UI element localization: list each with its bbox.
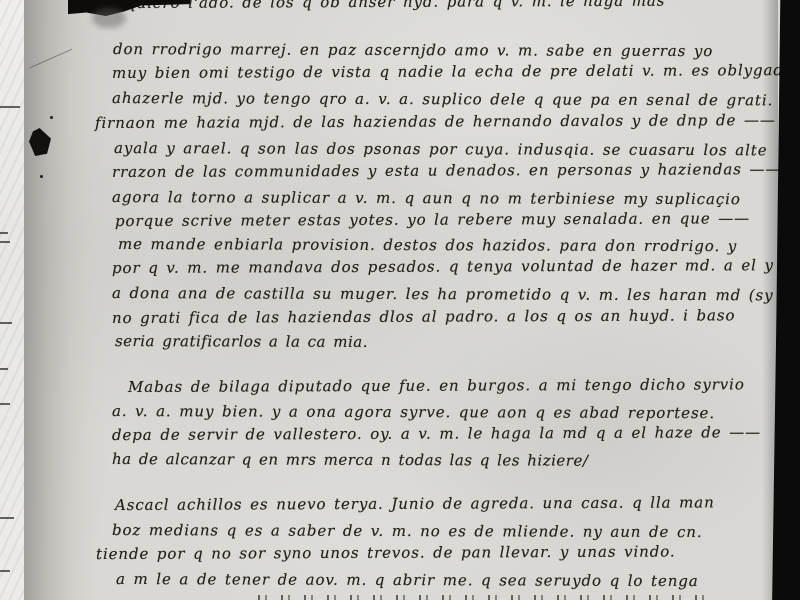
manuscript-line-17: ha de alcanzar q en mrs merca n todas la… (112, 449, 588, 471)
manuscript-line-20: tiende por q no sor syno unos trevos. de… (96, 541, 676, 564)
manuscript-line-16: depa de servir de vallestero. oy. a v. m… (112, 422, 761, 445)
manuscript-line-1: don rrodrigo marrej. en paz ascernjdo am… (113, 39, 713, 61)
margin-mark (0, 368, 8, 370)
margin-mark (0, 241, 10, 243)
manuscript-line-2: muy bien omi testigo de vista q nadie la… (112, 60, 784, 83)
manuscript-line-5: ayala y arael. q son las dos psonas por … (114, 138, 768, 160)
manuscript-line-3: ahazerle mjd. yo tengo qro a. v. a. supl… (112, 88, 773, 110)
manuscript-line-11: a dona ana de castilla su muger. les ha … (112, 283, 800, 305)
manuscript-scan: quiero l'ado. de los q ob anser nyd. par… (0, 0, 800, 600)
manuscript-line-19: boz medians q es a saber de v. m. no es … (112, 520, 703, 542)
margin-mark (0, 106, 20, 108)
margin-mark (0, 232, 8, 234)
ink-speck (50, 116, 53, 119)
manuscript-line-15: a. v. a. muy bien. y a ona agora syrve. … (112, 401, 715, 423)
facing-page-edge (0, 0, 24, 600)
manuscript-line-18: Ascacl achillos es nuevo terya. Junio de… (115, 492, 715, 515)
manuscript-line-10: por q v. m. me mandava dos pesados. q te… (112, 255, 798, 278)
ink-speck (40, 175, 43, 178)
manuscript-line-6: rrazon de las communidades y esta u dena… (112, 159, 781, 182)
margin-mark (0, 570, 10, 572)
smudge-mark (92, 8, 126, 28)
manuscript-line-12: no grati fica de las haziendas dlos al p… (112, 305, 735, 328)
manuscript-line-9: me mande enbiarla provision. destos dos … (118, 234, 737, 256)
manuscript-line-4: firnaon me hazia mjd. de las haziendas d… (95, 110, 776, 133)
margin-mark (0, 403, 10, 405)
manuscript-line-13: seria gratificarlos a la ca mia. (115, 331, 368, 352)
page-gutter-shadow (24, 0, 110, 600)
manuscript-line-7: agora la torno a suplicar a v. m. q aun … (112, 187, 741, 209)
manuscript-line-8: porque scrive meter estas yotes. yo la r… (115, 208, 750, 231)
margin-mark (0, 322, 12, 324)
margin-mark (0, 517, 14, 519)
cutoff-line-fragment (252, 595, 712, 600)
manuscript-line-21: a m le a de tener de aov. m. q abrir me.… (116, 569, 699, 591)
manuscript-line-14: Mabas de bilaga diputado que fue. en bur… (128, 374, 745, 397)
